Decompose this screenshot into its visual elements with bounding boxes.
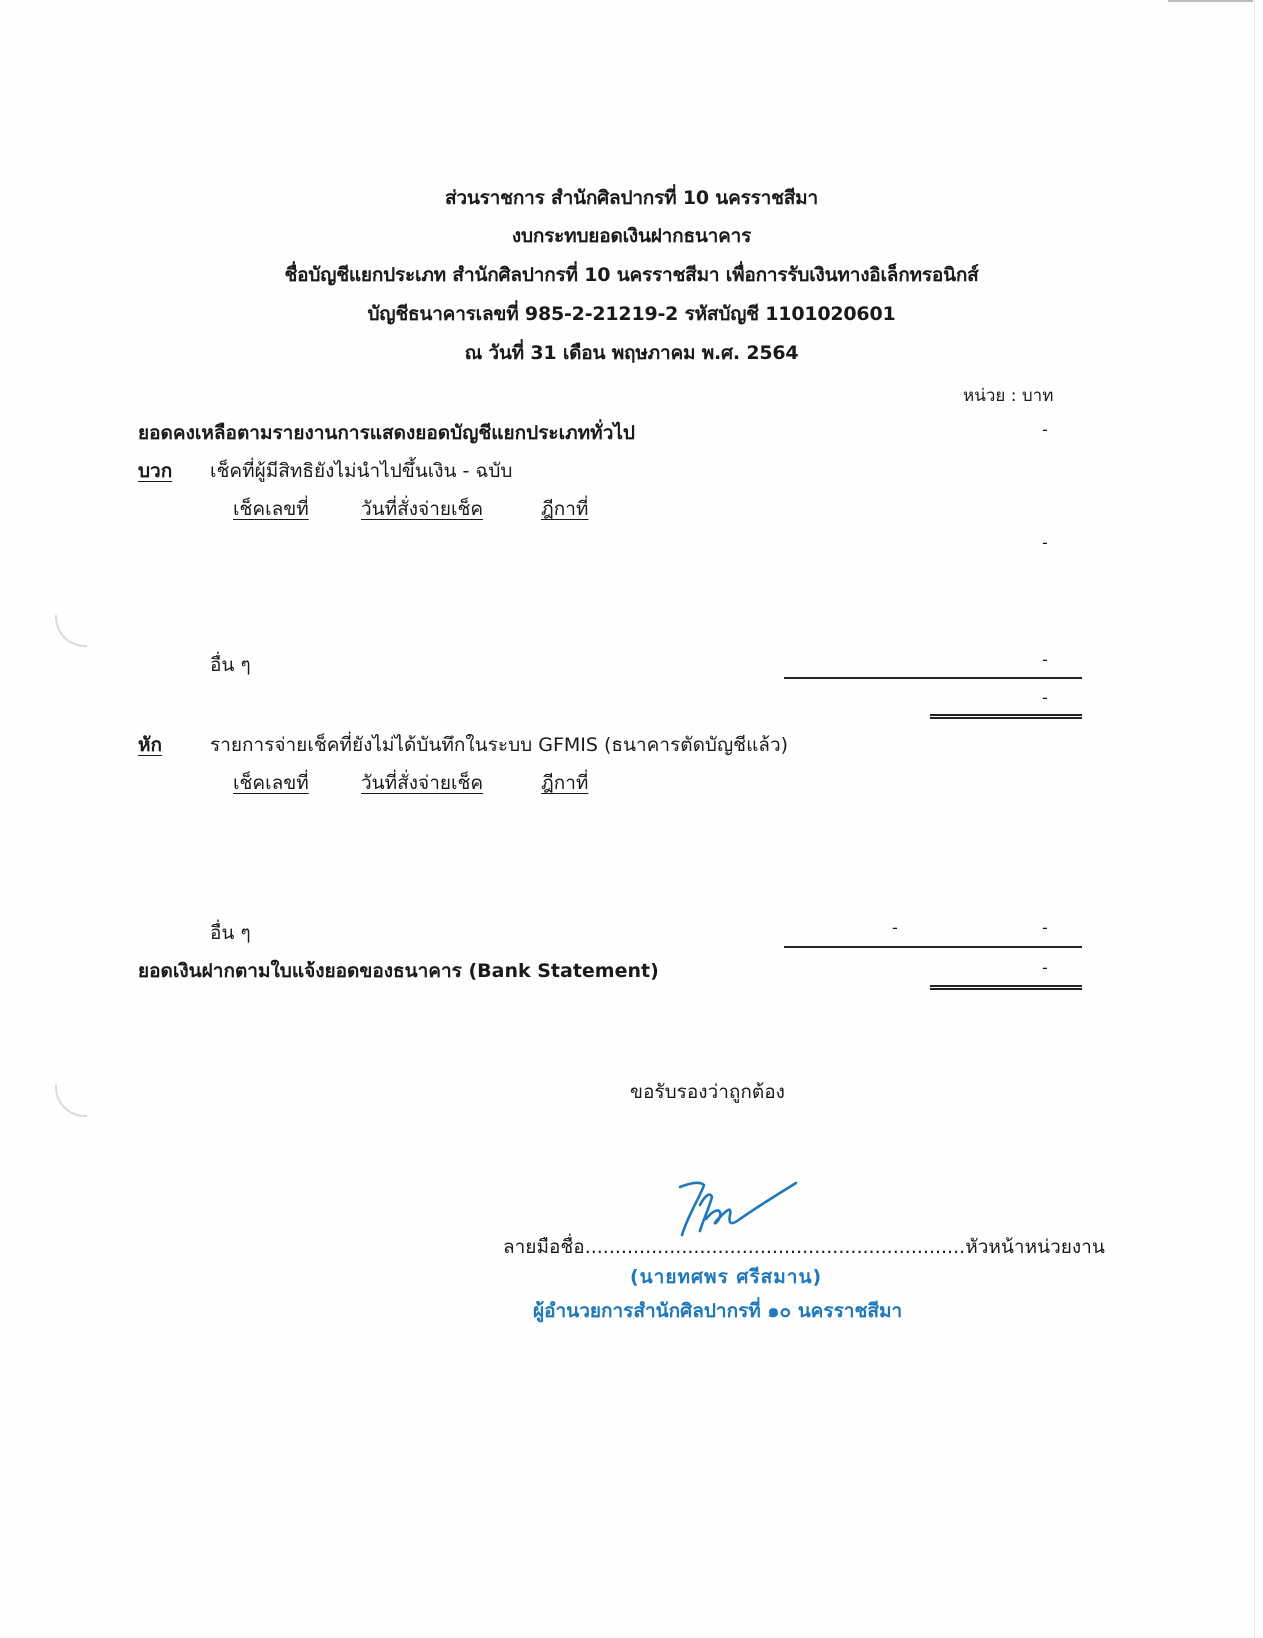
unit-label: หน่วย : บาท [963,382,1053,409]
bank-statement-double-rule [930,985,1082,990]
hole-punch-mark [55,615,87,647]
gl-balance-amount: - [1042,420,1048,439]
signature-line: ลายมือชื่อ..............................… [503,1232,1105,1262]
less-other-amount: - [1042,918,1048,937]
add-other-label: อื่น ๆ [210,650,251,680]
scan-edge-top [1168,0,1253,2]
less-col-voucher-no: ฎีกาที่ [541,768,588,798]
add-col-cheque-date: วันที่สั่งจ่ายเช็ค [361,494,483,524]
header-account-name: ชื่อบัญชีแยกประเภท สำนักศิลปากรที่ 10 นค… [0,260,1263,290]
signature-prefix: ลายมือชื่อ [503,1236,585,1258]
signature-suffix: หัวหน้าหน่วยงาน [965,1236,1105,1258]
subtotal-rule [784,677,1082,679]
hole-punch-mark [55,1085,87,1117]
less-description: รายการจ่ายเช็คที่ยังไม่ได้บันทึกในระบบ G… [210,730,788,760]
certification-statement: ขอรับรองว่าถูกต้อง [630,1077,785,1107]
less-keyword: หัก [138,730,162,760]
add-total: - [1042,688,1048,707]
bank-statement-amount: - [1042,958,1048,977]
less-col-cheque-date: วันที่สั่งจ่ายเช็ค [361,768,483,798]
less-col-cheque-no: เช็คเลขที่ [233,768,309,798]
header-title: งบกระทบยอดเงินฝากธนาคาร [0,221,1263,251]
add-subtotal: - [1042,533,1048,552]
signature-dots: ........................................… [585,1236,966,1258]
add-other-amount: - [1042,650,1048,669]
add-keyword: บวก [138,456,172,486]
add-description: เช็คที่ผู้มีสิทธิยังไม่นำไปขึ้นเงิน - ฉบ… [210,456,513,486]
add-col-voucher-no: ฎีกาที่ [541,494,588,524]
header-date: ณ วันที่ 31 เดือน พฤษภาคม พ.ศ. 2564 [0,338,1263,368]
add-col-cheque-no: เช็คเลขที่ [233,494,309,524]
signer-name-stamp: (นายทศพร ศรีสมาน) [630,1262,822,1292]
total-double-rule [930,714,1082,719]
less-other-amount-inner: - [892,918,898,937]
header-account-number: บัญชีธนาคารเลขที่ 985-2-21219-2 รหัสบัญช… [0,299,1263,329]
signer-title-stamp: ผู้อำนวยการสำนักศิลปากรที่ ๑๐ นครราชสีมา [533,1296,902,1326]
less-other-label: อื่น ๆ [210,918,251,948]
bank-statement-label: ยอดเงินฝากตามใบแจ้งยอดของธนาคาร (Bank St… [138,956,659,986]
header-agency: ส่วนราชการ สำนักศิลปากรที่ 10 นครราชสีมา [0,183,1263,213]
gl-balance-label: ยอดคงเหลือตามรายงานการแสดงยอดบัญชีแยกประ… [138,418,635,448]
less-subtotal-rule [784,946,1082,948]
